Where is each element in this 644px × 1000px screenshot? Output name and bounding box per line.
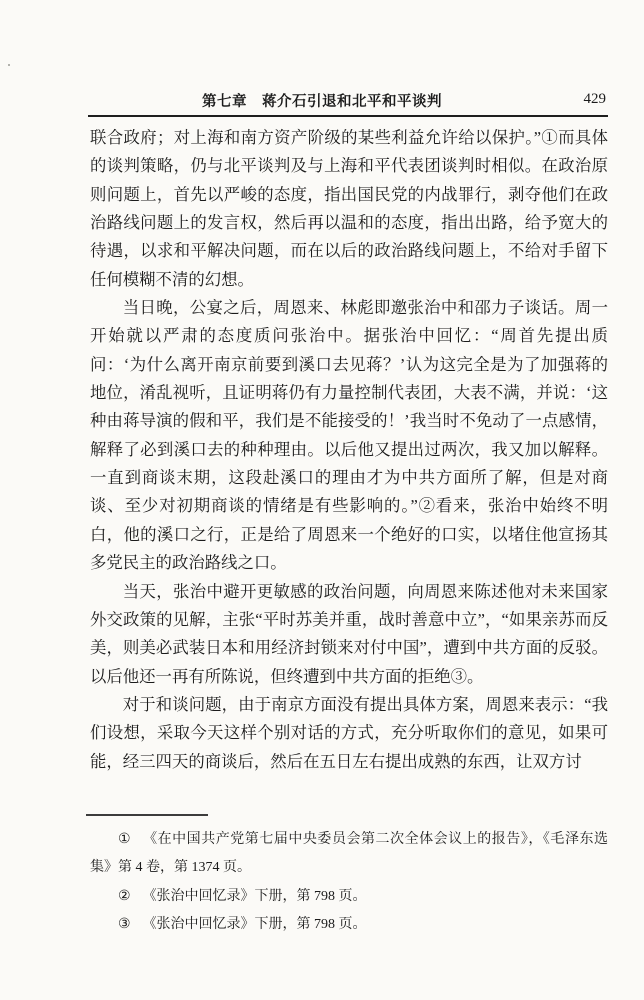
footnote-text: 《张治中回忆录》下册，第 798 页。	[143, 917, 367, 932]
book-page: 第七章 蒋介石引退和北平和平谈判 429 联合政府；对上海和南方资产阶级的某些利…	[0, 0, 644, 1000]
body-paragraph: 对于和谈问题，由于南京方面没有提出具体方案，周恩来表示：“我们设想，采取今天这样…	[90, 691, 608, 776]
body-paragraph: 当天，张治中避开更敏感的政治问题，向周恩来陈述他对未来国家外交政策的见解，主张“…	[90, 578, 608, 691]
chapter-title: 第七章 蒋介石引退和北平和平谈判	[202, 94, 442, 110]
header-rule	[88, 115, 608, 117]
footnote-text: 《张治中回忆录》下册，第 798 页。	[143, 889, 367, 904]
body-text: 联合政府；对上海和南方资产阶级的某些利益允许给以保护。”①而具体的谈判策略，仍与…	[90, 124, 608, 776]
body-paragraph: 当日晚，公宴之后，周恩来、林彪即邀张治中和邵力子谈话。周一开始就以严肃的态度质问…	[90, 294, 608, 577]
footnote-item: ②《张治中回忆录》下册，第 798 页。	[90, 883, 608, 911]
running-header: 第七章 蒋介石引退和北平和平谈判 429	[36, 90, 608, 110]
page-number: 429	[584, 91, 607, 108]
footnote-text: 《在中国共产党第七届中央委员会第二次全体会议上的报告》，《毛泽东选集》第 4 卷…	[90, 832, 608, 875]
footnote-marker: ②	[118, 889, 131, 904]
footnote-marker: ①	[118, 832, 131, 847]
scan-artifact-speck	[8, 64, 10, 66]
footnote-item: ①《在中国共产党第七届中央委员会第二次全体会议上的报告》，《毛泽东选集》第 4 …	[90, 826, 608, 883]
footnote-marker: ③	[118, 917, 131, 932]
footnotes: ①《在中国共产党第七届中央委员会第二次全体会议上的报告》，《毛泽东选集》第 4 …	[90, 826, 608, 939]
footnote-separator-rule	[86, 814, 208, 816]
body-paragraph: 联合政府；对上海和南方资产阶级的某些利益允许给以保护。”①而具体的谈判策略，仍与…	[90, 124, 608, 294]
footnote-item: ③《张治中回忆录》下册，第 798 页。	[90, 911, 608, 939]
